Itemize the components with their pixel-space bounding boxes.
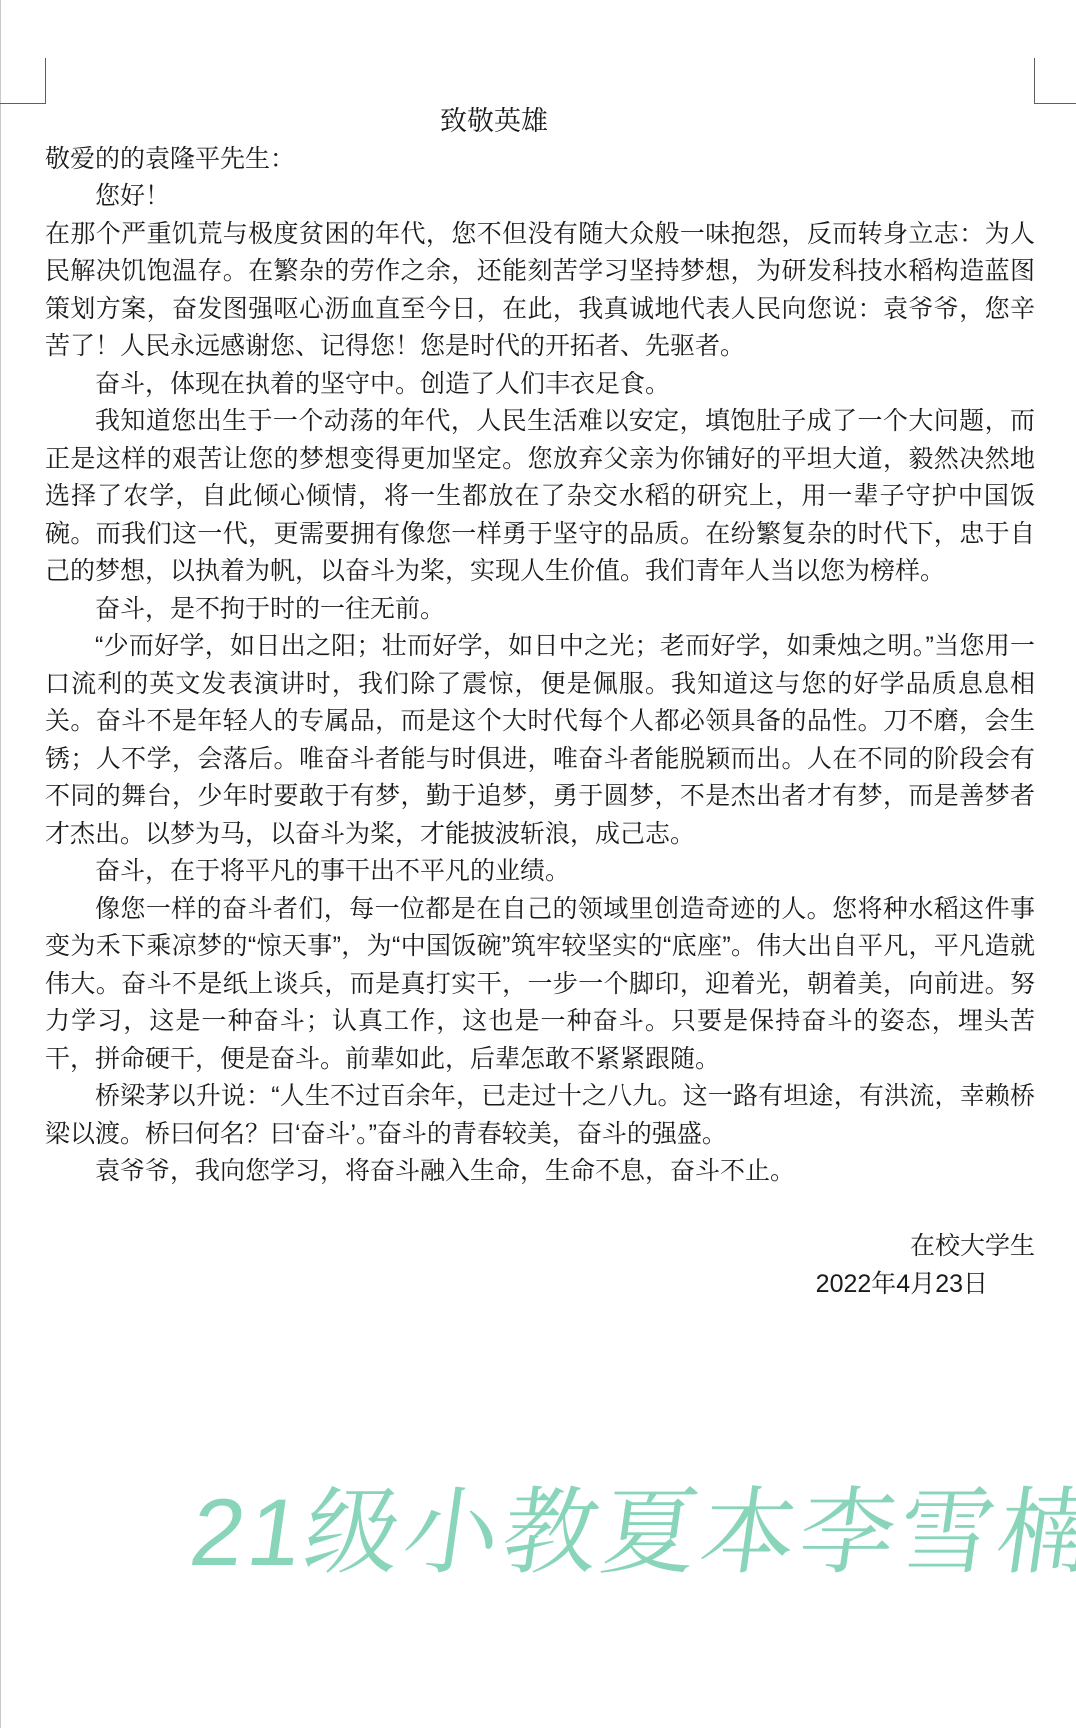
greeting-line: 您好！ (45, 178, 1035, 216)
letter-paragraph: 像您一样的奋斗者们，每一位都是在自己的领域里创造奇迹的人。您将种水稻这件事变为禾… (45, 891, 1035, 1079)
crop-mark-top-right (1034, 58, 1076, 104)
letter-text-block[interactable]: 致敬英雄 敬爱的的袁隆平先生： 您好！ 在那个严重饥荒与极度贫困的年代，您不但没… (45, 103, 1035, 1303)
date-line: 2022年4月23日 (45, 1266, 1035, 1304)
watermark-text: 21级小教夏本李雪楠 (185, 1486, 1076, 1581)
letter-paragraph: 奋斗，体现在执着的坚守中。创造了人们丰衣足食。 (45, 366, 1035, 404)
crop-mark-top-left (0, 58, 46, 104)
letter-paragraph: 桥梁茅以升说：“人生不过百余年，已走过十之八九。这一路有坦途，有洪流，幸赖桥梁以… (45, 1078, 1035, 1153)
letter-paragraph: 袁爷爷，我向您学习，将奋斗融入生命，生命不息，奋斗不止。 (45, 1153, 1035, 1191)
letter-title: 致敬英雄 (45, 103, 1035, 141)
letter-paragraph: 我知道您出生于一个动荡的年代，人民生活难以安定，填饱肚子成了一个大问题，而正是这… (45, 403, 1035, 591)
salutation-line: 敬爱的的袁隆平先生： (45, 141, 1035, 179)
letter-paragraph: “少而好学，如日出之阳；壮而好学，如日中之光；老而好学，如秉烛之明。”当您用一口… (45, 628, 1035, 853)
letter-paragraph: 奋斗，是不拘于时的一往无前。 (45, 591, 1035, 629)
page-edge-line (0, 0, 1, 1728)
letter-paragraph: 在那个严重饥荒与极度贫困的年代，您不但没有随大众般一味抱怨，反而转身立志：为人民… (45, 216, 1035, 366)
document-page: 致敬英雄 敬爱的的袁隆平先生： 您好！ 在那个严重饥荒与极度贫困的年代，您不但没… (0, 0, 1076, 1728)
signature-line: 在校大学生 (45, 1228, 1035, 1266)
letter-paragraph: 奋斗，在于将平凡的事干出不平凡的业绩。 (45, 853, 1035, 891)
